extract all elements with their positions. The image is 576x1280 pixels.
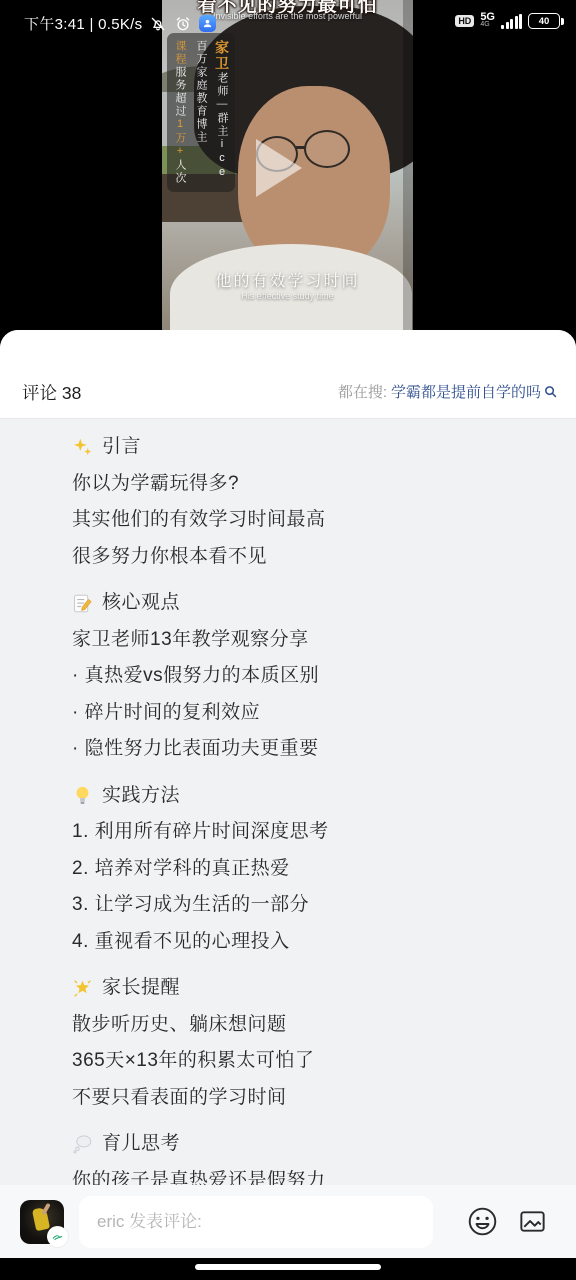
glasses-icon — [304, 130, 350, 168]
teacher-credentials-badge: 课程服务超过1万+人次百万家庭教育博主家卫老师—群主ice — [167, 33, 235, 192]
emoji-icon[interactable] — [467, 1206, 498, 1237]
comment-text-line: 很多努力你根本看不见 — [72, 539, 556, 576]
video-player[interactable]: 看不见的努力最可怕 Invisible efforts are the most… — [162, 0, 413, 330]
comment-text-line: · 隐性努力比表面功夫更重要 — [72, 731, 556, 768]
status-bar: 下午3:41 | 0.5K/s HD 5G — [0, 0, 576, 42]
battery-level: 40 — [539, 16, 550, 27]
section-title: 核心观点 — [102, 585, 180, 622]
section-heading: 育儿思考 — [72, 1126, 556, 1163]
comment-section: 核心观点家卫老师13年教学观察分享· 真热爱vs假努力的本质区别· 碎片时间的复… — [72, 585, 556, 768]
comment-section: 育儿思考你的孩子是真热爱还是假努力真正的学霸都在用心学习 — [72, 1126, 556, 1185]
comment-text-line: 家卫老师13年教学观察分享 — [72, 622, 556, 659]
comment-text-line: 你以为学霸玩得多? — [72, 466, 556, 503]
network-4g-label: 4G — [480, 21, 489, 29]
signal-bars-icon — [501, 14, 522, 29]
comment-text-line: 2. 培养对学科的真正热爱 — [72, 851, 556, 888]
comment-composer-bar — [0, 1185, 576, 1258]
image-attach-icon[interactable] — [517, 1206, 548, 1237]
comments-header: 评论 38 都在搜: 学霸都是提前自学的吗 — [0, 330, 576, 418]
alarm-clock-icon — [174, 15, 192, 33]
comment-text-line: 你的孩子是真热爱还是假努力 — [72, 1163, 556, 1186]
teacher-column: 家卫老师—群主ice — [213, 40, 231, 185]
section-title: 引言 — [102, 429, 141, 466]
comment-text-line: 1. 利用所有碎片时间深度思考 — [72, 814, 556, 851]
comment-text-line: 不要只看表面的学习时间 — [72, 1080, 556, 1117]
trending-search-prefix: 都在搜: — [338, 381, 387, 402]
memo-icon — [72, 593, 93, 614]
section-heading: 家长提醒 — [72, 970, 556, 1007]
comment-section: 引言你以为学霸玩得多?其实他们的有效学习时间最高很多努力你根本看不见 — [72, 429, 556, 575]
section-heading: 引言 — [72, 429, 556, 466]
badminton-player-arm — [41, 1202, 50, 1214]
section-heading: 核心观点 — [72, 585, 556, 622]
video-subtitle-en: His effective study time — [162, 291, 413, 301]
glowing-star-icon — [72, 978, 93, 999]
comment-text-line: 其实他们的有效学习时间最高 — [72, 502, 556, 539]
thought-balloon-icon — [72, 1134, 93, 1155]
comments-count-title: 评论 38 — [22, 380, 81, 405]
floating-app-icon[interactable] — [199, 15, 216, 32]
comment-text-line: · 碎片时间的复利效应 — [72, 695, 556, 732]
battery-icon: 40 — [528, 13, 560, 29]
search-icon — [543, 384, 558, 399]
comment-section: 家长提醒散步听历史、躺床想问题365天×13年的积累太可怕了不要只看表面的学习时… — [72, 970, 556, 1116]
comment-content: 引言你以为学霸玩得多?其实他们的有效学习时间最高很多努力你根本看不见核心观点家卫… — [0, 418, 576, 1185]
blogger-column: 百万家庭教育博主 — [192, 40, 210, 185]
comment-section: 实践方法1. 利用所有碎片时间深度思考2. 培养对学科的真正热爱3. 让学习成为… — [72, 778, 556, 961]
comment-text-line: 4. 重视看不见的心理投入 — [72, 924, 556, 961]
comment-text-line: 散步听历史、躺床想问题 — [72, 1007, 556, 1044]
course-service-column: 课程服务超过1万+人次 — [171, 40, 189, 185]
comments-panel: 评论 38 都在搜: 学霸都是提前自学的吗 引言你以为学霸玩得多?其实他们的有效… — [0, 330, 576, 1280]
section-title: 育儿思考 — [102, 1126, 180, 1163]
comment-text-line: 3. 让学习成为生活的一部分 — [72, 887, 556, 924]
section-title: 家长提醒 — [102, 970, 180, 1007]
bulb-icon — [72, 785, 93, 806]
video-subtitle-cn: 他的有效学习时间 — [162, 268, 413, 291]
play-button[interactable] — [256, 139, 302, 197]
hd-volte-icon: HD — [455, 15, 474, 27]
phone-screen: 看不见的努力最可怕 Invisible efforts are the most… — [0, 0, 576, 1280]
mute-bell-icon — [149, 15, 167, 33]
trending-search-query: 学霸都是提前自学的吗 — [391, 381, 541, 402]
home-indicator[interactable] — [195, 1264, 381, 1270]
comment-input[interactable] — [79, 1196, 433, 1248]
comment-text-line: · 真热爱vs假努力的本质区别 — [72, 658, 556, 695]
sparkles-icon — [72, 437, 93, 458]
network-5g-label: 5G — [480, 13, 495, 21]
user-avatar[interactable] — [20, 1200, 64, 1244]
trending-search-link[interactable]: 都在搜: 学霸都是提前自学的吗 — [338, 381, 558, 402]
gesture-nav-bar — [0, 1258, 576, 1280]
clock-and-netspeed: 下午3:41 | 0.5K/s — [24, 13, 142, 34]
section-title: 实践方法 — [102, 778, 180, 815]
comment-text-line: 365天×13年的积累太可怕了 — [72, 1043, 556, 1080]
section-heading: 实践方法 — [72, 778, 556, 815]
avatar-brand-badge-icon — [47, 1226, 68, 1247]
